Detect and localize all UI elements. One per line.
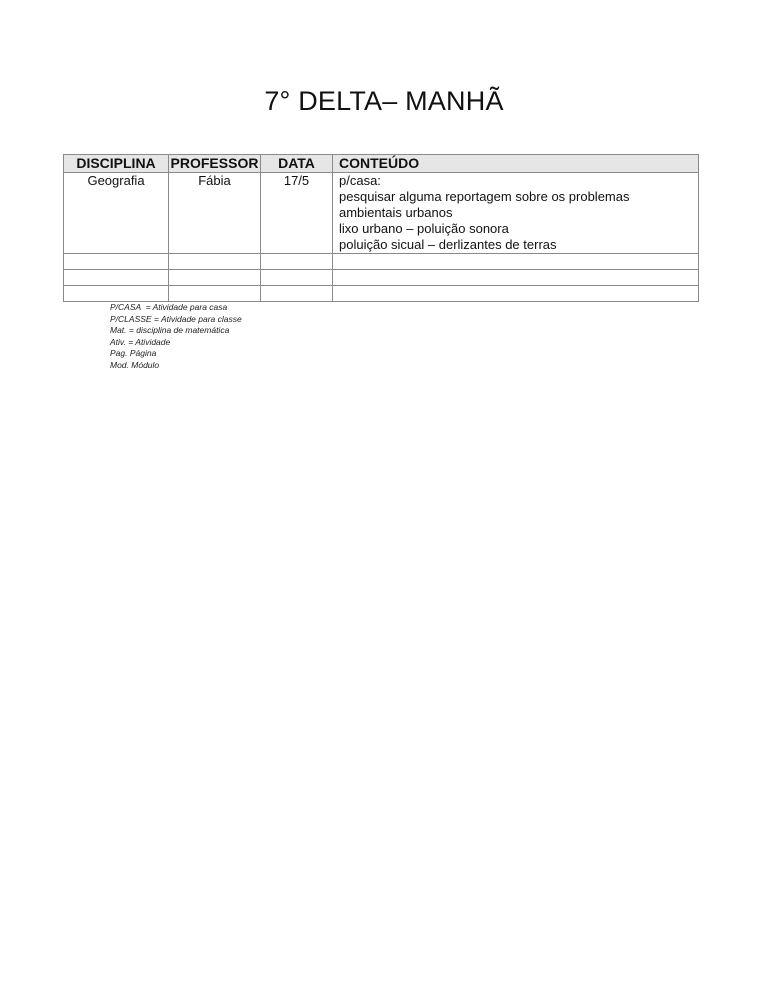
table-header-row: DISCIPLINA PROFESSOR DATA CONTEÚDO [64,155,699,173]
cell-data [261,286,333,302]
legend-item: Pag. Página [110,348,242,360]
cell-data: 17/5 [261,173,333,254]
legend-item: Mod. Módulo [110,360,242,372]
page-title: 7° DELTA– MANHÃ [0,86,768,117]
cell-professor: Fábia [169,173,261,254]
table-row [64,254,699,270]
legend-item: Ativ. = Atividade [110,337,242,349]
table-row [64,270,699,286]
schedule-table: DISCIPLINA PROFESSOR DATA CONTEÚDO Geogr… [63,154,699,302]
header-professor: PROFESSOR [169,155,261,173]
cell-data [261,270,333,286]
conteudo-line: p/casa: [339,173,698,189]
header-disciplina: DISCIPLINA [64,155,169,173]
cell-data [261,254,333,270]
header-conteudo: CONTEÚDO [333,155,699,173]
cell-conteudo [333,286,699,302]
conteudo-line: poluição sicual – derlizantes de terras [339,237,698,253]
cell-professor [169,254,261,270]
legend-item: Mat. = disciplina de matemática [110,325,242,337]
cell-disciplina [64,286,169,302]
header-data: DATA [261,155,333,173]
cell-disciplina: Geografia [64,173,169,254]
cell-disciplina [64,270,169,286]
cell-professor [169,270,261,286]
conteudo-line: lixo urbano – poluição sonora [339,221,698,237]
cell-professor [169,286,261,302]
cell-conteudo: p/casa: pesquisar alguma reportagem sobr… [333,173,699,254]
conteudo-line: pesquisar alguma reportagem sobre os pro… [339,189,698,205]
cell-conteudo [333,270,699,286]
conteudo-line: ambientais urbanos [339,205,698,221]
table-row: Geografia Fábia 17/5 p/casa: pesquisar a… [64,173,699,254]
table-row [64,286,699,302]
legend-item: P/CASA = Atividade para casa [110,302,242,314]
cell-conteudo [333,254,699,270]
cell-disciplina [64,254,169,270]
abbreviation-legend: P/CASA = Atividade para casa P/CLASSE = … [110,302,242,372]
legend-item: P/CLASSE = Atividade para classe [110,314,242,326]
